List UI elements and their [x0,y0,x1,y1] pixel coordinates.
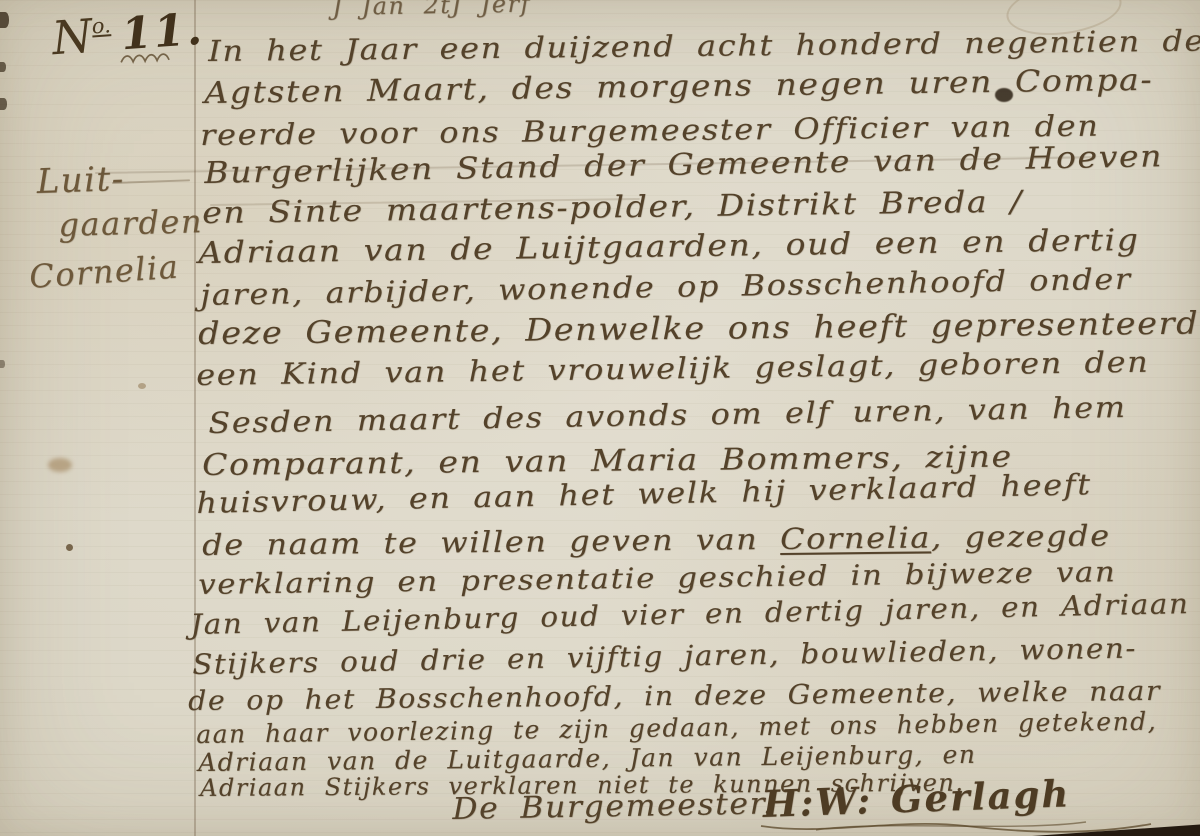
act-number-prefix: N [50,9,94,66]
margin-name-line2: gaarden [58,202,203,244]
paper-speck [66,544,73,551]
flourish-mark [118,50,177,67]
margin-name-line3: Cornelia [28,248,180,296]
act-line: Agtsten Maart, des morgens negen uren Co… [204,63,1153,111]
edge-mark [0,360,5,368]
paper-smudge [48,458,72,472]
act-line: deze Gemeente, Denwelke ons heeft gepres… [198,306,1199,352]
act-line: de naam te willen geven van Cornelia, ge… [202,518,1111,562]
edge-mark [0,98,7,110]
underlined-name: Cornelia [780,520,931,556]
act-line: Stijkers oud drie en vijftig jaren, bouw… [192,632,1137,681]
act-line: jaren, arbijder, wonende op Bosschenhoof… [200,262,1132,312]
paper-speck [138,383,146,389]
document-page: J Jan 2tJ Jerf No.11. Luit- gaarden Corn… [0,0,1200,836]
edge-mark [0,62,6,72]
margin-name-line1: Luit- [36,159,125,202]
act-line: en Sinte maartens-polder, Distrikt Breda… [202,185,1023,231]
edge-mark [0,12,9,28]
closing-title: De Burgemeester. [452,786,775,827]
cropped-header-fragment: J Jan 2tJ Jerf [332,0,531,21]
act-line: een Kind van het vrouwelijk geslagt, geb… [196,345,1150,392]
act-line: Sesden maart des avonds om elf uren, van… [208,390,1127,440]
act-number-sup: o. [91,13,112,38]
ink-blot [995,88,1013,102]
